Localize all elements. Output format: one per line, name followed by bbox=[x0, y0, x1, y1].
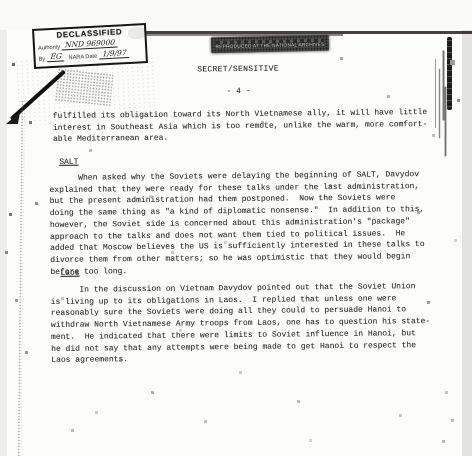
section-heading-salt: SALT bbox=[59, 157, 78, 169]
section-paragraph-laos: In the discussion on Vietnam Davydov poi… bbox=[50, 281, 430, 367]
scanned-document-canvas: DECLASSIFIED Authority NND 969000 By EG … bbox=[0, 0, 472, 456]
classification-marking: SECRET/SENSITIVE bbox=[197, 64, 279, 77]
typewritten-text-layer: SECRET/SENSITIVE - 4 - fulfilled its obl… bbox=[0, 0, 472, 456]
page-number: - 4 - bbox=[226, 86, 250, 98]
section-paragraph-salt: When asked why the Soviets were delaying… bbox=[49, 169, 425, 278]
intro-paragraph: fulfilled its obligation toward its Nort… bbox=[53, 107, 428, 146]
section-heading-laos: Laos bbox=[60, 268, 79, 280]
scanner-noise-specks bbox=[0, 0, 1, 1]
